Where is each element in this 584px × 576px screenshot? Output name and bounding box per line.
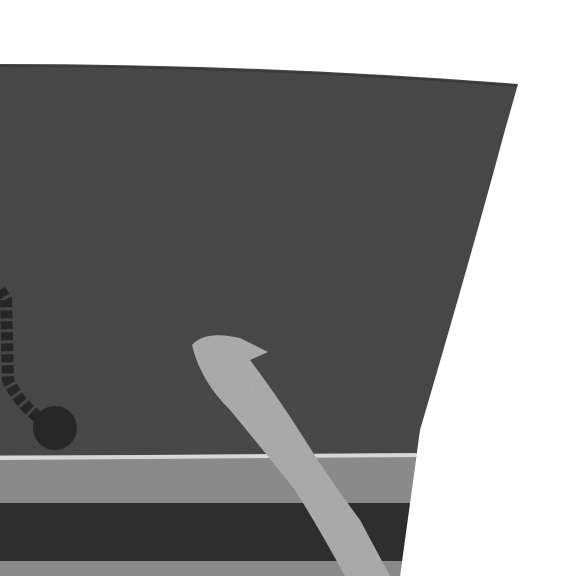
photograph <box>0 0 584 576</box>
knob <box>33 406 77 450</box>
light-band <box>0 455 420 503</box>
